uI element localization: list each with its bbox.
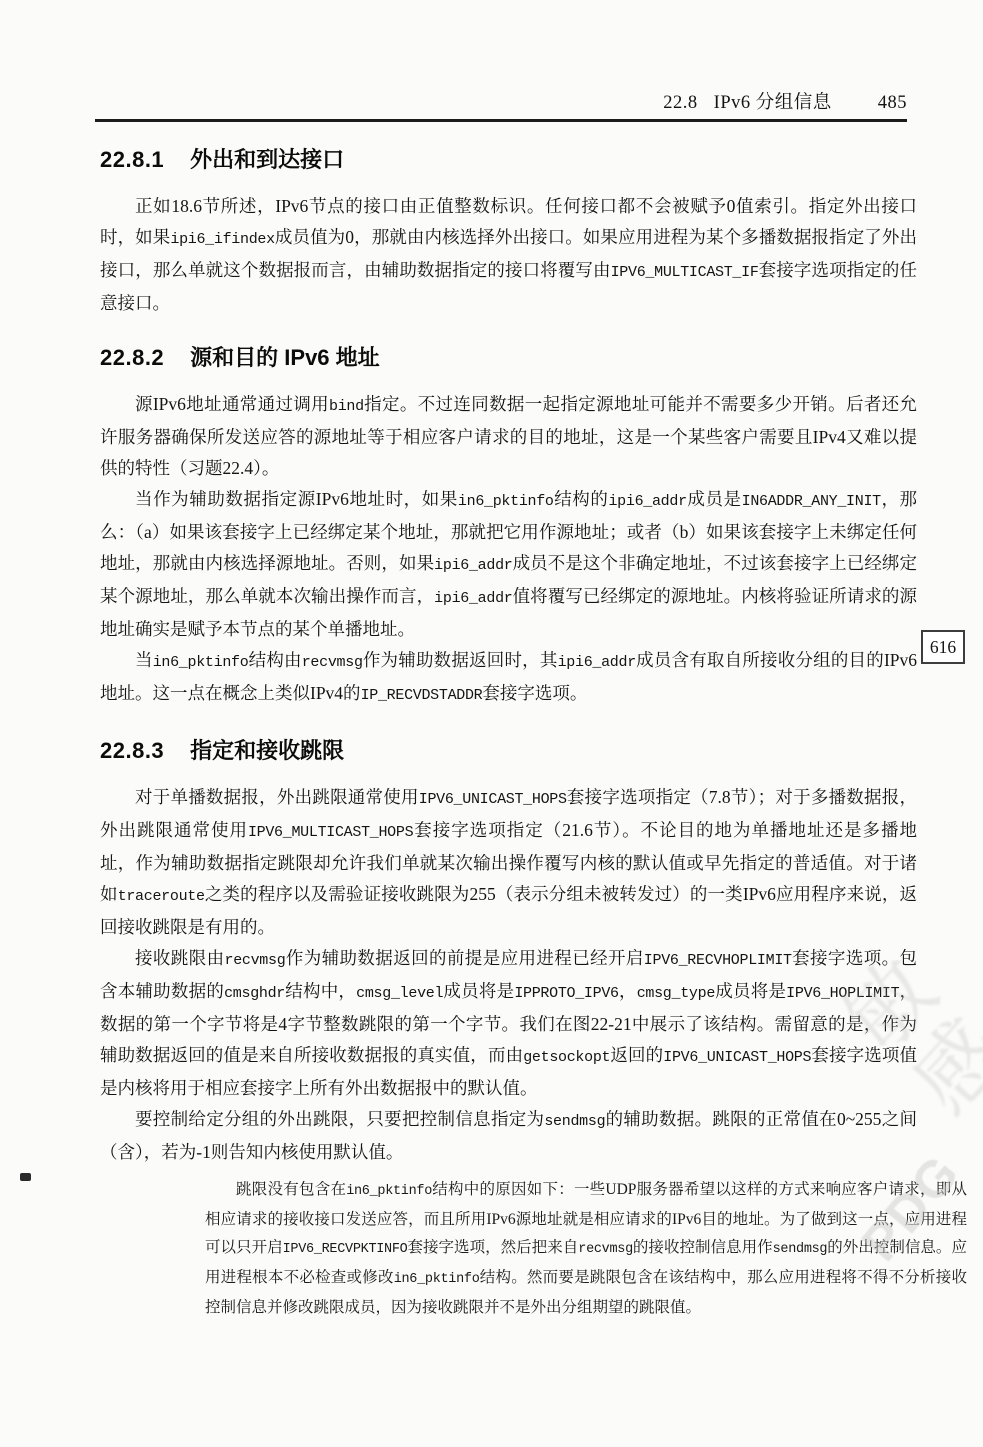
paragraph: 当in6_pktinfo结构由recvmsg作为辅助数据返回时，其ipi6_ad… <box>100 645 917 711</box>
paragraph: 要控制给定分组的外出跳限，只要把控制信息指定为sendmsg的辅助数据。跳限的正… <box>100 1104 917 1168</box>
section-number: 22.8.2 <box>100 345 164 370</box>
inline-code: cmsg_level <box>356 985 443 1002</box>
text-run: 结构中， <box>285 981 356 1001</box>
inline-code: recvmsg <box>302 654 363 671</box>
inline-code: cmsghdr <box>224 985 285 1002</box>
text-run: 当 <box>135 650 153 670</box>
text-run: ， <box>619 981 637 1001</box>
text-run: 接收跳限由 <box>135 948 225 968</box>
section-heading-22-8-1: 22.8.1外出和到达接口 <box>100 146 917 174</box>
text-run: 返回的 <box>610 1045 663 1065</box>
inline-code: IP_RECVDSTADDR <box>361 687 483 704</box>
inline-code: ipi6_ifindex <box>170 231 274 248</box>
inline-code: ipi6_addr <box>434 590 512 607</box>
text-run: 成员将是 <box>715 981 786 1001</box>
inline-code: IPPROTO_IPV6 <box>514 985 618 1002</box>
inline-code: sendmsg <box>773 1242 828 1257</box>
inline-code: IPV6_MULTICAST_HOPS <box>248 824 413 841</box>
text-run: 成员是 <box>687 489 742 509</box>
inline-code: IPV6_RECVPKTINFO <box>283 1242 408 1257</box>
text-run: 作为辅助数据返回的前提是应用进程已经开启 <box>285 948 643 968</box>
inline-code: in6_pktinfo <box>346 1184 432 1199</box>
note-paragraph: 跳限没有包含在in6_pktinfo结构中的原因如下：一些UDP服务器希望以这样… <box>205 1176 967 1322</box>
text-run: 结构的 <box>554 489 609 509</box>
fine-print-note: 跳限没有包含在in6_pktinfo结构中的原因如下：一些UDP服务器希望以这样… <box>205 1176 967 1322</box>
inline-code: ipi6_addr <box>608 493 686 510</box>
header-section-number: 22.8 <box>663 93 697 114</box>
text-run: 作为辅助数据返回时，其 <box>363 650 558 670</box>
section-title: 指定和接收跳限 <box>190 738 344 763</box>
inline-code: in6_pktinfo <box>458 493 554 510</box>
paragraph: 源IPv6地址通常通过调用bind指定。不过连同数据一起指定源地址可能并不需要多… <box>100 389 917 484</box>
inline-code: ipi6_addr <box>558 654 636 671</box>
text-run: 对于单播数据报，外出跳限通常使用 <box>135 787 419 807</box>
header-rule <box>95 119 907 122</box>
text-run: 套接字选项，然后把来自 <box>407 1239 578 1256</box>
section-number: 22.8.3 <box>100 738 164 763</box>
paragraph: 当作为辅助数据指定源IPv6地址时，如果in6_pktinfo结构的ipi6_a… <box>100 484 917 645</box>
running-header: 22.8 IPv6 分组信息 485 <box>100 88 907 114</box>
text-run: 当作为辅助数据指定源IPv6地址时，如果 <box>135 489 458 509</box>
header-section-title: IPv6 分组信息 <box>714 88 832 114</box>
section-title: 外出和到达接口 <box>190 147 344 172</box>
text-run: 套接字选项。 <box>482 683 587 703</box>
text-run: 成员将是 <box>443 981 514 1001</box>
paragraph: 正如18.6节所述，IPv6节点的接口由正值整数标识。任何接口都不会被赋予0值索… <box>100 191 917 319</box>
inline-code: IPV6_UNICAST_HOPS <box>419 791 567 808</box>
inline-code: cmsg_type <box>637 985 715 1002</box>
paragraph: 对于单播数据报，外出跳限通常使用IPV6_UNICAST_HOPS套接字选项指定… <box>100 782 917 943</box>
inline-code: in6_pktinfo <box>394 1272 480 1287</box>
inline-code: bind <box>329 398 364 415</box>
inline-code: recvmsg <box>578 1242 633 1257</box>
inline-code: IPV6_MULTICAST_IF <box>611 264 759 281</box>
inline-code: traceroute <box>118 888 205 905</box>
section-number: 22.8.1 <box>100 147 164 172</box>
text-run: 的接收控制信息用作 <box>633 1239 773 1256</box>
text-run: 要控制给定分组的外出跳限，只要把控制信息指定为 <box>135 1109 544 1129</box>
inline-code: in6_pktinfo <box>153 654 249 671</box>
inline-code: IN6ADDR_ANY_INIT <box>742 493 881 510</box>
inline-code: IPV6_HOPLIMIT <box>786 985 899 1002</box>
book-page: 22.8 IPv6 分组信息 485 22.8.1外出和到达接口 正如18.6节… <box>0 0 983 1447</box>
text-run: 结构由 <box>248 650 301 670</box>
header-page-number: 485 <box>878 93 907 114</box>
page-content: 22.8.1外出和到达接口 正如18.6节所述，IPv6节点的接口由正值整数标识… <box>100 146 917 1322</box>
inline-code: sendmsg <box>544 1113 605 1130</box>
text-run: 源IPv6地址通常通过调用 <box>135 394 329 414</box>
section-heading-22-8-3: 22.8.3指定和接收跳限 <box>100 737 917 765</box>
inline-code: IPV6_RECVHOPLIMIT <box>644 952 792 969</box>
text-run: 跳限没有包含在 <box>236 1181 346 1198</box>
section-title: 源和目的 IPv6 地址 <box>190 345 379 370</box>
inline-code: IPV6_UNICAST_HOPS <box>663 1049 811 1066</box>
text-run: 之类的程序以及需验证接收跳限为255（表示分组未被转发过）的一类IPv6应用程序… <box>100 884 917 937</box>
original-page-number-marker: 616 <box>921 630 965 664</box>
scan-artifact-speck <box>20 1173 31 1181</box>
paragraph: 接收跳限由recvmsg作为辅助数据返回的前提是应用进程已经开启IPV6_REC… <box>100 943 917 1104</box>
inline-code: ipi6_addr <box>434 557 512 574</box>
inline-code: getsockopt <box>523 1049 610 1066</box>
inline-code: recvmsg <box>225 952 286 969</box>
section-heading-22-8-2: 22.8.2源和目的 IPv6 地址 <box>100 344 917 372</box>
